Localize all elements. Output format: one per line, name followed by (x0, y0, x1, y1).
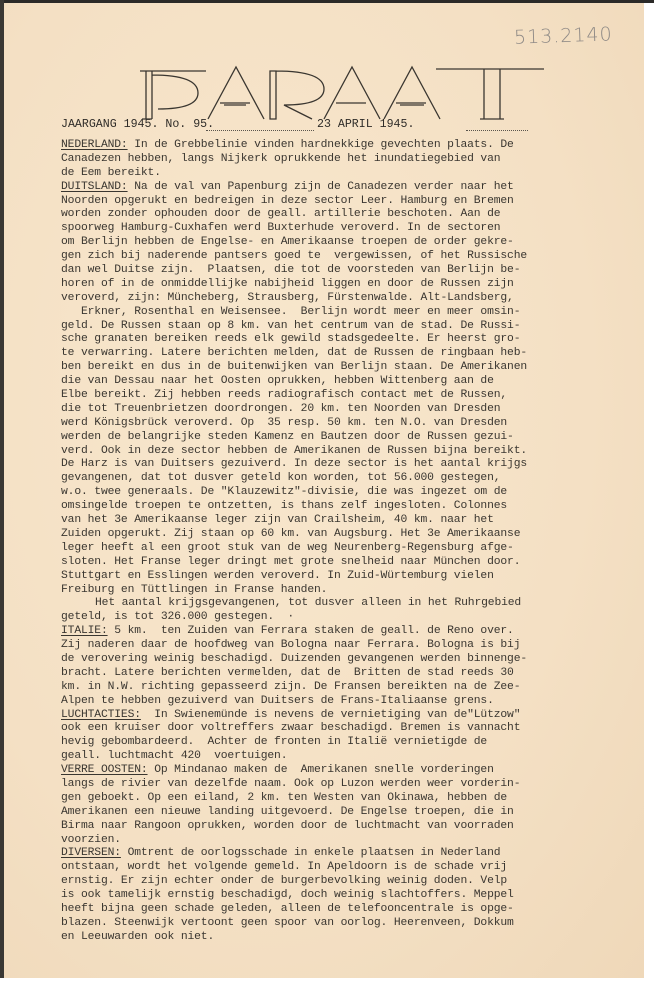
section-text: voorzien. (61, 834, 121, 846)
text-line: Freiburg en Tüttlingen in Franse handen. (61, 584, 621, 598)
text-line: veroverd, zijn: Müncheberg, Strausberg, … (61, 292, 621, 306)
section-text: hevig gebombardeerd. Achter de fronten i… (61, 736, 487, 748)
section-text: 5 km. ten Zuiden van Ferrara staken de g… (108, 625, 514, 637)
section-text: horen of in de onmiddellijke nabijheid l… (61, 278, 514, 290)
section-text: die tot Treuenbrietzen doordrongen. 20 k… (61, 403, 500, 415)
section-text: van het 3e Amerikaanse leger zijn van Cr… (61, 514, 494, 526)
section-text: heeft bijna geen schade geleden, alleen … (61, 903, 514, 915)
text-line: om Berlijn hebben de Engelse- en Amerika… (61, 236, 621, 250)
text-line: sloten. Het Franse leger dringt met grot… (61, 556, 621, 570)
text-line: LUCHTACTIES: In Swienemünde is nevens de… (61, 709, 621, 723)
text-line: en Leeuwarden ook niet. (61, 931, 621, 945)
section-text: bracht. Latere berichten vermelden, dat … (61, 667, 514, 679)
text-line: Zuiden opgerukt. Zij staan op 60 km. van… (61, 528, 621, 542)
text-line: geld. De Russen staan op 8 km. van het c… (61, 320, 621, 334)
section-text: gen geboekt. Op een eiland, 2 km. ten We… (61, 792, 507, 804)
section-heading: NEDERLAND: (61, 139, 128, 151)
section-text: De Harz is van Duitsers gezuiverd. In de… (61, 458, 527, 470)
section-text: en Leeuwarden ook niet. (61, 931, 214, 943)
text-line: De Harz is van Duitsers gezuiverd. In de… (61, 458, 621, 472)
section-text: gevangenen, dat tot dusver geteld kon wo… (61, 472, 500, 484)
text-line: hevig gebombardeerd. Achter de fronten i… (61, 736, 621, 750)
section-text: Canadezen hebben, langs Nijkerk oprukken… (61, 153, 500, 165)
text-line: Stuttgart en Esslingen werden veroverd. … (61, 570, 621, 584)
issue-date: 23 APRIL 1945. (317, 118, 414, 131)
text-line: bracht. Latere berichten vermelden, dat … (61, 667, 621, 681)
section-text: Birma naar Rangoon oprukken, worden door… (61, 820, 514, 832)
section-text: w.o. twee generaals. De "Klauzewitz"-div… (61, 486, 507, 498)
text-line: blazen. Steenwijk vertoont geen spoor va… (61, 917, 621, 931)
text-line: leger heeft al een groot stuk van de weg… (61, 542, 621, 556)
text-line: werd Königsbrück veroverd. Op 35 resp. 5… (61, 417, 621, 431)
text-line: Zij naderen daar de hoofdweg van Bologna… (61, 639, 621, 653)
section-text: spoorweg Hamburg-Cuxhafen werd Buxterhud… (61, 222, 500, 234)
section-text: ben bereikt en dus in de buitenwijken va… (61, 361, 527, 373)
section-text: ernstig. Er zijn echter onder de burgerb… (61, 875, 507, 887)
text-line: voorzien. (61, 834, 621, 848)
text-line: Het aantal krijgsgevangenen, tot dusver … (61, 597, 621, 611)
text-line: omsingelde troepen te ontzetten, is than… (61, 500, 621, 514)
section-heading: LUCHTACTIES: (61, 709, 141, 721)
section-heading: DIVERSEN: (61, 847, 121, 859)
section-text: ontstaan, wordt het volgende gemeld. In … (61, 861, 507, 873)
text-line: w.o. twee generaals. De "Klauzewitz"-div… (61, 486, 621, 500)
text-line: langs de rivier van dezelfde naam. Ook o… (61, 778, 621, 792)
document-page: 513.2140 JAARGANG 1945. No. 95. 23 APRIL… (4, 3, 644, 978)
section-text: ook een kruiser door voltreffers zwaar b… (61, 722, 520, 734)
section-text: gen zich bij naderende pantsers goed te … (61, 250, 527, 262)
paraat-logo-icon (136, 65, 546, 121)
section-text: Stuttgart en Esslingen werden veroverd. … (61, 570, 494, 582)
section-text: blazen. Steenwijk vertoont geen spoor va… (61, 917, 514, 929)
section-text: leger heeft al een groot stuk van de weg… (61, 542, 514, 554)
text-line: die van Dessau naar het Oosten oprukken,… (61, 375, 621, 389)
section-text: werden de belangrijke steden Kamenz en B… (61, 431, 514, 443)
text-line: geteld, is tot 326.000 gestegen. · (61, 611, 621, 625)
text-line: ITALIE: 5 km. ten Zuiden van Ferrara sta… (61, 625, 621, 639)
section-text: Omtrent de oorlogsschade in enkele plaat… (121, 847, 500, 859)
text-line: Birma naar Rangoon oprukken, worden door… (61, 820, 621, 834)
section-heading: ITALIE: (61, 625, 108, 637)
text-line: gen geboekt. Op een eiland, 2 km. ten We… (61, 792, 621, 806)
text-line: horen of in de onmiddellijke nabijheid l… (61, 278, 621, 292)
text-line: de verovering weinig beschadigd. Duizend… (61, 653, 621, 667)
text-line: gen zich bij naderende pantsers goed te … (61, 250, 621, 264)
section-text: Het aantal krijgsgevangenen, tot dusver … (95, 597, 521, 609)
section-text: Noorden opgerukt en bedreigen in deze se… (61, 195, 514, 207)
text-line: worden zonder ophouden door de geall. ar… (61, 208, 621, 222)
text-line: ontstaan, wordt het volgende gemeld. In … (61, 861, 621, 875)
section-text: werd Königsbrück veroverd. Op 35 resp. 5… (61, 417, 507, 429)
text-line: spoorweg Hamburg-Cuxhafen werd Buxterhud… (61, 222, 621, 236)
text-line: verd. Ook in deze sector hebben de Ameri… (61, 445, 621, 459)
section-heading: DUITSLAND: (61, 181, 128, 193)
section-text: geall. luchtmacht 420 voertuigen. (61, 750, 287, 762)
text-line: Elbe bereikt. Zij hebben reeds radiograf… (61, 389, 621, 403)
section-text: Na de val van Papenburg zijn de Canadeze… (128, 181, 514, 193)
text-line: te verwarring. Latere berichten melden, … (61, 347, 621, 361)
section-text: Zuiden opgerukt. Zij staan op 60 km. van… (61, 528, 520, 540)
text-line: Amerikanen een nieuwe landing uitgevoerd… (61, 806, 621, 820)
section-text: omsingelde troepen te ontzetten, is than… (61, 500, 507, 512)
section-text: Amerikanen een nieuwe landing uitgevoerd… (61, 806, 514, 818)
text-line: van het 3e Amerikaanse leger zijn van Cr… (61, 514, 621, 528)
section-text: die van Dessau naar het Oosten oprukken,… (61, 375, 494, 387)
section-text: worden zonder ophouden door de geall. ar… (61, 208, 500, 220)
text-line: geall. luchtmacht 420 voertuigen. (61, 750, 621, 764)
text-line: ook een kruiser door voltreffers zwaar b… (61, 722, 621, 736)
section-text: Zij naderen daar de hoofdweg van Bologna… (61, 639, 520, 651)
section-text: Erkner, Rosenthal en Weisensee. Berlijn … (61, 306, 520, 318)
text-line: Canadezen hebben, langs Nijkerk oprukken… (61, 153, 621, 167)
text-line: is ook tamelijk ernstig beschadigd, doch… (61, 889, 621, 903)
section-text: is ook tamelijk ernstig beschadigd, doch… (61, 889, 514, 901)
text-line: DUITSLAND: Na de val van Papenburg zijn … (61, 181, 621, 195)
text-line: NEDERLAND: In de Grebbelinie vinden hard… (61, 139, 621, 153)
section-text: om Berlijn hebben de Engelse- en Amerika… (61, 236, 514, 248)
text-line: VERRE OOSTEN: Op Mindanao maken de Ameri… (61, 764, 621, 778)
section-text: geld. De Russen staan op 8 km. van het c… (61, 320, 520, 332)
section-text: langs de rivier van dezelfde naam. Ook o… (61, 778, 520, 790)
article-body: NEDERLAND: In de Grebbelinie vinden hard… (61, 139, 621, 945)
text-line: heeft bijna geen schade geleden, alleen … (61, 903, 621, 917)
text-line: de Eem bereikt. (61, 167, 621, 181)
text-line: werden de belangrijke steden Kamenz en B… (61, 431, 621, 445)
section-text: verd. Ook in deze sector hebben de Ameri… (61, 445, 527, 457)
text-line: sche granaten bereiken reeds elk gewild … (61, 333, 621, 347)
masthead-title (136, 65, 546, 121)
section-text: sche granaten bereiken reeds elk gewild … (61, 333, 520, 345)
dotted-rule (466, 130, 528, 131)
section-text: In de Grebbelinie vinden hardnekkige gev… (128, 139, 514, 151)
section-text: Op Mindanao maken de Amerikanen snelle v… (148, 764, 494, 776)
archive-number: 513.2140 (514, 23, 613, 48)
section-text: Alpen te hebben gezuiverd van Duitsers d… (61, 695, 494, 707)
text-line: dan wel Duitse zijn. Plaatsen, die tot d… (61, 264, 621, 278)
section-text: km. in N.W. richting gepasseerd zijn. De… (61, 681, 520, 693)
text-line: die tot Treuenbrietzen doordrongen. 20 k… (61, 403, 621, 417)
dotted-rule (206, 130, 314, 131)
section-text: dan wel Duitse zijn. Plaatsen, die tot d… (61, 264, 520, 276)
text-line: Erkner, Rosenthal en Weisensee. Berlijn … (61, 306, 621, 320)
text-line: Alpen te hebben gezuiverd van Duitsers d… (61, 695, 621, 709)
section-text: geteld, is tot 326.000 gestegen. · (61, 611, 294, 623)
text-line: ernstig. Er zijn echter onder de burgerb… (61, 875, 621, 889)
text-line: Noorden opgerukt en bedreigen in deze se… (61, 195, 621, 209)
section-text: In Swienemünde is nevens de vernietiging… (141, 709, 520, 721)
section-text: Freiburg en Tüttlingen in Franse handen. (61, 584, 327, 596)
text-line: km. in N.W. richting gepasseerd zijn. De… (61, 681, 621, 695)
text-line: ben bereikt en dus in de buitenwijken va… (61, 361, 621, 375)
section-text: veroverd, zijn: Müncheberg, Strausberg, … (61, 292, 514, 304)
text-line: gevangenen, dat tot dusver geteld kon wo… (61, 472, 621, 486)
section-text: te verwarring. Latere berichten melden, … (61, 347, 527, 359)
issue-number: JAARGANG 1945. No. 95. (61, 118, 214, 131)
text-line: DIVERSEN: Omtrent de oorlogsschade in en… (61, 847, 621, 861)
section-heading: VERRE OOSTEN: (61, 764, 148, 776)
section-text: de verovering weinig beschadigd. Duizend… (61, 653, 527, 665)
section-text: de Eem bereikt. (61, 167, 161, 179)
section-text: Elbe bereikt. Zij hebben reeds radiograf… (61, 389, 507, 401)
section-text: sloten. Het Franse leger dringt met grot… (61, 556, 520, 568)
